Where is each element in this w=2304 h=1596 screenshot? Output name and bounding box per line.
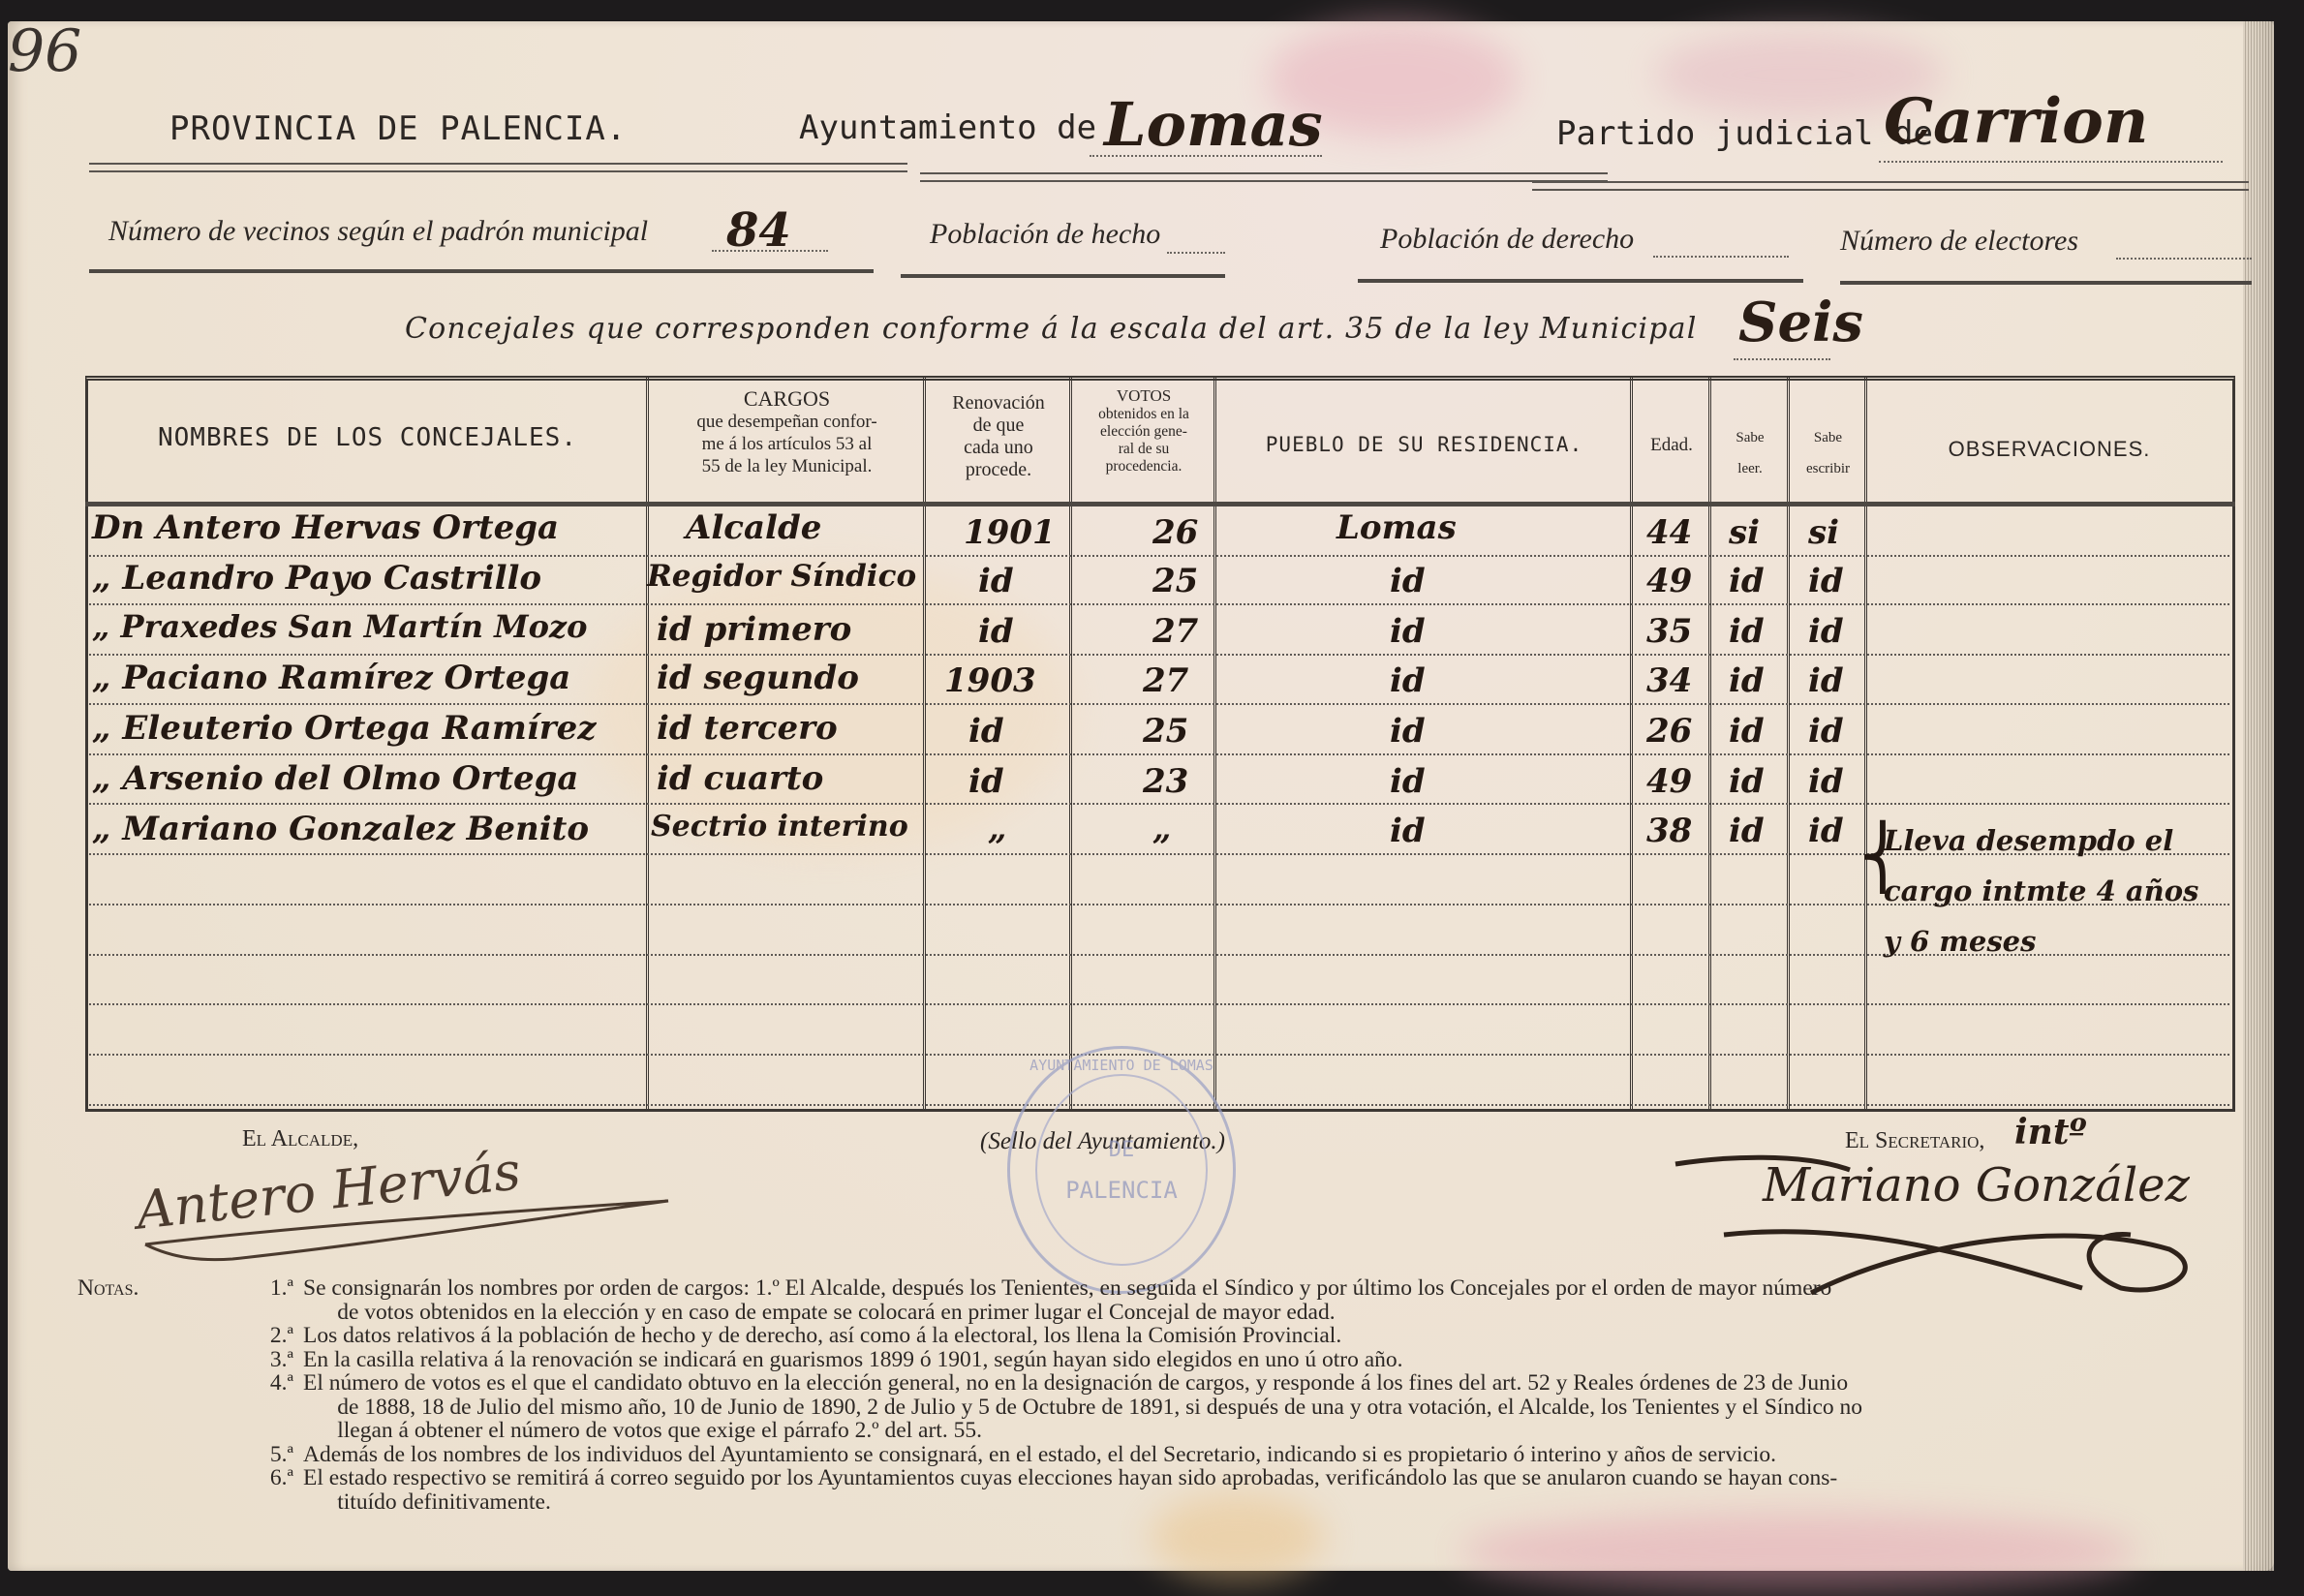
note-text: En la casilla relativa á la renovación s… (303, 1348, 2201, 1372)
cell-leer: id (1729, 612, 1765, 651)
note-text: El número de votos es el que el candidat… (303, 1371, 2201, 1443)
cell-cargo: Alcalde (686, 508, 821, 547)
cell-nombre: „ Eleuterio Ortega Ramírez (92, 709, 597, 748)
cell-nombre: „ Mariano Gonzalez Benito (92, 810, 589, 848)
ayuntamiento-dots (1090, 155, 1322, 157)
vecinos-dots (712, 250, 828, 252)
header-rule (920, 172, 1608, 182)
alcalde-label: El Alcalde, (242, 1126, 358, 1152)
partido-label: Partido judicial de (1556, 114, 1933, 153)
poblacion-derecho-dots (1653, 256, 1789, 258)
cell-cargo: id primero (657, 610, 851, 649)
header-rule (901, 274, 1225, 278)
header-rule (1358, 279, 1803, 283)
header-renovacion: Renovación de que cada uno procede. (928, 392, 1069, 481)
electores-label: Número de electores (1840, 225, 2078, 258)
spacer (77, 1443, 237, 1467)
spacer (77, 1466, 237, 1514)
cell-escribir: id (1808, 762, 1844, 801)
cell-renovacion: „ (988, 810, 1007, 848)
cell-renovacion: id (968, 712, 1004, 751)
note-text: Los datos relativos á la población de he… (303, 1324, 2201, 1348)
row-rule (89, 1003, 2229, 1005)
row-rule (89, 603, 2229, 605)
stamp-center-top: DE (1010, 1138, 1233, 1162)
ayuntamiento-label: Ayuntamiento de (799, 108, 1096, 147)
poblacion-hecho-dots (1167, 252, 1225, 254)
cell-nombre: „ Praxedes San Martín Mozo (92, 608, 587, 645)
header-rule (89, 269, 874, 273)
header-rule (1532, 181, 2249, 191)
spacer (77, 1324, 237, 1348)
ayuntamiento-stamp: DE PALENCIA AYUNTAMIENTO DE LOMAS (1007, 1046, 1236, 1294)
row-rule (89, 654, 2229, 656)
concejales-label: Concejales que corresponden conforme á l… (405, 312, 1698, 346)
column-divider (646, 376, 649, 1110)
cell-edad: 35 (1646, 612, 1692, 651)
column-divider (1787, 376, 1790, 1110)
cell-edad: 49 (1646, 562, 1692, 600)
cell-escribir: id (1808, 661, 1844, 700)
column-divider (1069, 376, 1072, 1110)
cell-escribir: si (1808, 513, 1839, 552)
cell-votos: 25 (1143, 712, 1188, 751)
cell-escribir: id (1808, 812, 1844, 850)
header-cargos: CARGOS que desempeñan confor- me á los a… (651, 387, 923, 477)
spacer (77, 1371, 237, 1443)
header-observaciones: OBSERVACIONES. (1869, 438, 2229, 461)
cell-pueblo: Lomas (1336, 508, 1457, 547)
cell-escribir: id (1808, 612, 1844, 651)
header-rule (89, 163, 907, 172)
note-item: 6.ª El estado respectivo se remitirá á c… (77, 1466, 2201, 1514)
note-number: 3.ª (237, 1348, 303, 1372)
note-item: Notas. 1.ª Se consignarán los nombres po… (77, 1276, 2201, 1324)
cell-pueblo: id (1390, 812, 1426, 850)
row-rule (89, 803, 2229, 805)
stamp-center-bottom: PALENCIA (1010, 1177, 1233, 1204)
note-number: 5.ª (237, 1443, 303, 1467)
cell-votos: 26 (1152, 513, 1198, 552)
cell-edad: 26 (1646, 712, 1692, 751)
column-divider (1630, 376, 1633, 1110)
concejales-value[interactable]: Seis (1738, 291, 1863, 354)
header-sabe-escribir: Sabe escribir (1792, 422, 1864, 484)
secretario-flourish-icon (1666, 1143, 2208, 1298)
cell-votos: 27 (1152, 612, 1198, 651)
cell-leer: id (1729, 712, 1765, 751)
cell-leer: id (1729, 661, 1765, 700)
concejales-dots (1734, 358, 1830, 360)
cell-edad: 44 (1646, 513, 1692, 552)
row-rule (89, 753, 2229, 755)
cell-nombre: Dn Antero Hervas Ortega (92, 508, 559, 547)
header-cargos-sub: que desempeñan confor- me á los artículo… (651, 411, 923, 477)
cell-edad: 34 (1646, 661, 1692, 700)
cell-escribir: id (1808, 712, 1844, 751)
cell-votos: „ (1152, 810, 1172, 848)
cell-cargo: id segundo (657, 659, 859, 697)
header-votos: VOTOS obtenidos en la elección gene- ral… (1074, 387, 1213, 476)
cell-cargo: id tercero (657, 709, 838, 748)
cell-edad: 38 (1646, 812, 1692, 850)
column-divider (1864, 376, 1867, 1110)
note-number: 2.ª (237, 1324, 303, 1348)
cell-cargo: Regidor Síndico (647, 559, 916, 594)
header-edad: Edad. (1635, 436, 1708, 456)
note-text: Además de los nombres de los individuos … (303, 1443, 2201, 1467)
alcalde-flourish-icon (116, 1191, 697, 1269)
note-item: 2.ª Los datos relativos á la población d… (77, 1324, 2201, 1348)
vecinos-label: Número de vecinos según el padrón munici… (108, 215, 648, 248)
column-divider (1708, 376, 1711, 1110)
poblacion-hecho-label: Población de hecho (930, 218, 1160, 251)
cell-leer: si (1729, 513, 1760, 552)
header-cargos-title: CARGOS (651, 387, 923, 411)
table-header-rule (85, 502, 2235, 506)
cell-leer: id (1729, 812, 1765, 850)
header-pueblo: PUEBLO DE SU RESIDENCIA. (1218, 434, 1630, 456)
page-number: 96 (8, 17, 81, 85)
note-number: 1.ª (77, 1276, 303, 1324)
cell-nombre: „ Paciano Ramírez Ortega (92, 659, 570, 697)
cell-pueblo: id (1390, 612, 1426, 651)
partido-dots (1879, 161, 2223, 163)
cell-nombre: „ Leandro Payo Castrillo (92, 559, 541, 598)
cell-votos: 25 (1152, 562, 1198, 600)
cell-leer: id (1729, 762, 1765, 801)
page-edge (2243, 21, 2274, 1571)
cell-renovacion: 1901 (964, 513, 1056, 552)
cell-pueblo: id (1390, 762, 1426, 801)
electores-dots (2116, 258, 2252, 260)
cell-votos: 27 (1143, 661, 1188, 700)
spacer (77, 1348, 237, 1372)
cell-nombre: „ Arsenio del Olmo Ortega (92, 759, 578, 798)
row-rule (89, 555, 2229, 557)
cell-cargo: Sectrio interino (651, 810, 908, 844)
cell-renovacion: id (978, 612, 1014, 651)
note-item: 5.ª Además de los nombres de los individ… (77, 1443, 2201, 1467)
note-number: 6.ª (237, 1466, 303, 1514)
ayuntamiento-value: Lomas (1104, 89, 1323, 160)
note-item: 4.ª El número de votos es el que el cand… (77, 1371, 2201, 1443)
cell-pueblo: id (1390, 661, 1426, 700)
cell-observaciones: Lleva desempdo el cargo intmte 4 años y … (1884, 815, 2223, 967)
note-number: 4.ª (237, 1371, 303, 1443)
cell-pueblo: id (1390, 712, 1426, 751)
stamp-outer-text: AYUNTAMIENTO DE LOMAS (1010, 1057, 1233, 1074)
cell-leer: id (1729, 562, 1765, 600)
note-text: El estado respectivo se remitirá á corre… (303, 1466, 2201, 1514)
partido-value: Carrion (1884, 85, 2148, 158)
header-sabe-leer: Sabe leer. (1713, 422, 1787, 484)
note-item: 3.ª En la casilla relativa á la renovaci… (77, 1348, 2201, 1372)
header-nombres: NOMBRES DE LOS CONCEJALES. (89, 424, 646, 452)
header-rule (1840, 281, 2252, 285)
cell-pueblo: id (1390, 562, 1426, 600)
cell-cargo: id cuarto (657, 759, 823, 798)
cell-renovacion: id (978, 562, 1014, 600)
provincia-title: PROVINCIA DE PALENCIA. (169, 109, 627, 148)
notes-section: Notas. 1.ª Se consignarán los nombres po… (77, 1276, 2201, 1514)
poblacion-derecho-label: Población de derecho (1380, 223, 1634, 256)
cell-votos: 23 (1143, 762, 1188, 801)
column-divider (923, 376, 926, 1110)
header-votos-title: VOTOS (1074, 387, 1213, 406)
header-votos-sub: obtenidos en la elección gene- ral de su… (1074, 406, 1213, 476)
cell-renovacion: 1903 (944, 661, 1036, 700)
row-rule (89, 703, 2229, 705)
pink-stain (1460, 1513, 2138, 1590)
cell-renovacion: id (968, 762, 1004, 801)
cell-edad: 49 (1646, 762, 1692, 801)
column-divider (1213, 376, 1216, 1110)
cell-escribir: id (1808, 562, 1844, 600)
note-text: Se consignarán los nombres por orden de … (303, 1276, 2201, 1324)
